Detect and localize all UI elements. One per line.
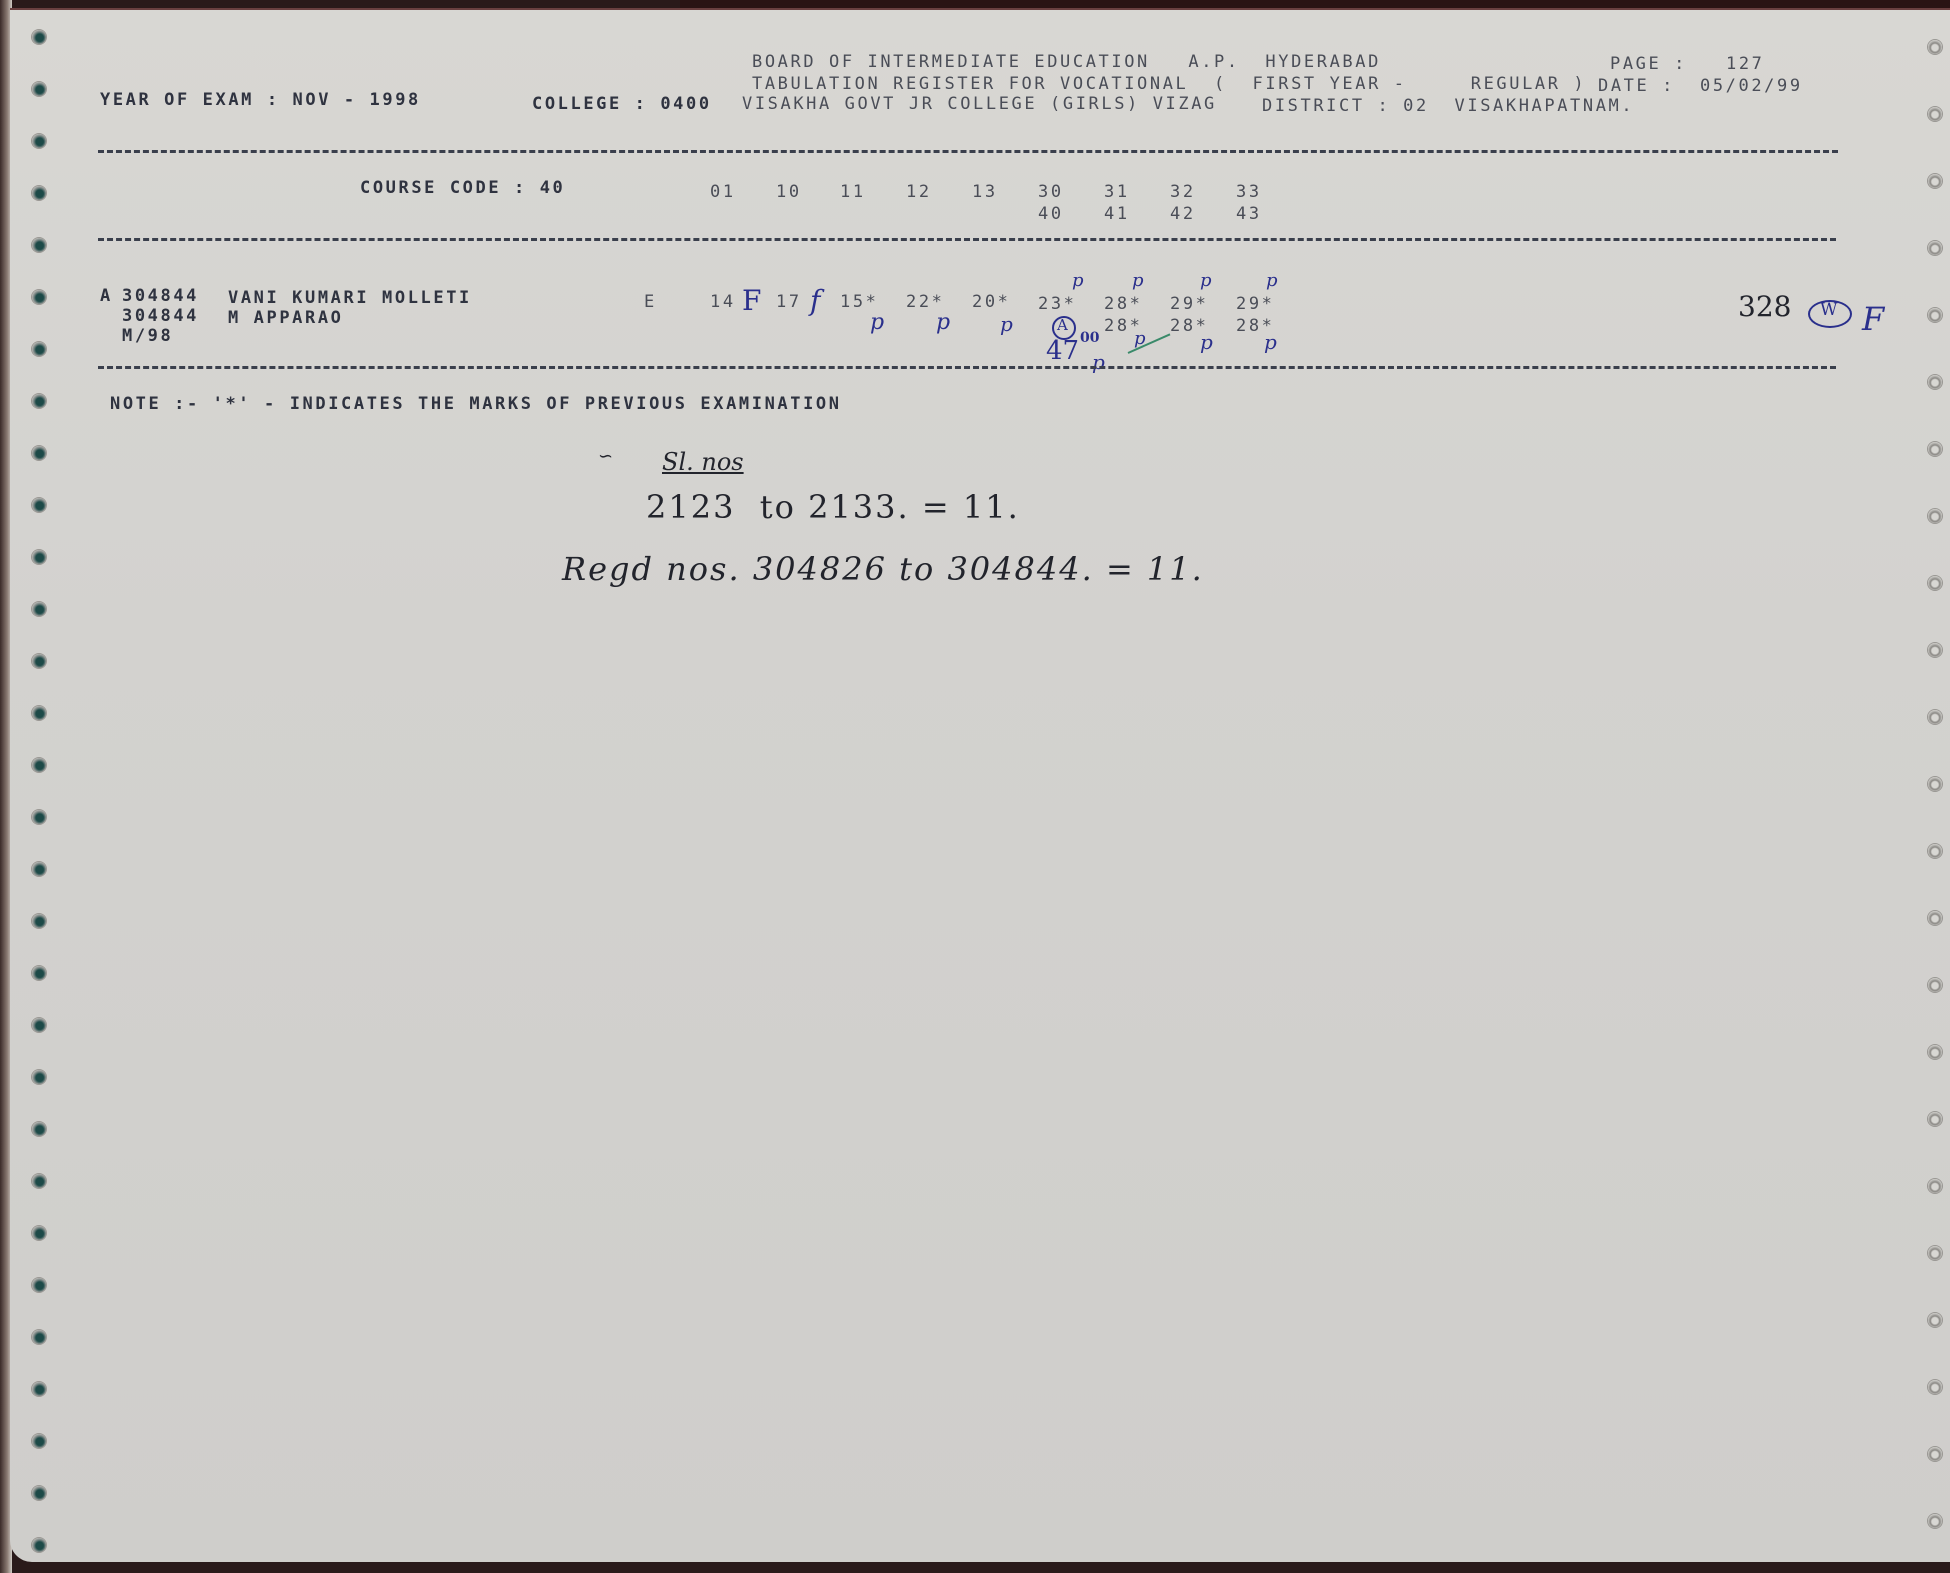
student-name: VANI KUMARI MOLLETI (228, 288, 472, 308)
punch-hole-icon (1928, 1045, 1942, 1059)
mark: 14 (710, 292, 772, 312)
punch-hole-icon (32, 1070, 46, 1084)
date-value: 05/02/99 (1700, 76, 1803, 96)
subject-code: 12 (906, 182, 968, 202)
board-title: BOARD OF INTERMEDIATE EDUCATION A.P. HYD… (752, 52, 1381, 72)
divider (98, 366, 1836, 369)
punch-hole-icon (32, 498, 46, 512)
punch-hole-icon (1928, 375, 1942, 389)
punch-hole-icon (1928, 1112, 1942, 1126)
punch-hole-icon (1928, 777, 1942, 791)
mark: 28* (1104, 294, 1166, 314)
punch-hole-icon (32, 1278, 46, 1292)
annotation-regd-range: Regd nos. 304826 to 304844. = 11. (562, 550, 1204, 588)
mark: 22* (906, 292, 968, 312)
punch-hole-icon (1928, 978, 1942, 992)
punch-hole-icon (1928, 1380, 1942, 1394)
punch-hole-icon (32, 186, 46, 200)
punch-hole-icon (1928, 509, 1942, 523)
punch-hole-icon (32, 1174, 46, 1188)
handwritten-pass-mark: p (1072, 270, 1084, 291)
punch-hole-icon (1928, 911, 1942, 925)
mark: 15* (840, 292, 902, 312)
handwritten-fail-mark: F (742, 284, 761, 317)
handwritten-pass-mark: p (1000, 312, 1013, 336)
punch-hole-icon (32, 862, 46, 876)
divider (98, 238, 1836, 241)
punch-hole-icon (32, 550, 46, 564)
mark: 29* (1170, 294, 1232, 314)
punch-hole-icon (32, 914, 46, 928)
subject-code: 13 (972, 182, 1034, 202)
college-name: VISAKHA GOVT JR COLLEGE (GIRLS) VIZAG (742, 94, 1217, 114)
punch-hole-icon (32, 394, 46, 408)
practical-mark-sup: 00 (1080, 330, 1099, 346)
punch-hole-icon (32, 1538, 46, 1552)
mark: 20* (972, 292, 1034, 312)
punch-hole-icon (32, 758, 46, 772)
reg-number: 304844 (122, 286, 199, 306)
punch-hole-icon (1928, 308, 1942, 322)
punch-hole-icon (32, 1330, 46, 1344)
handwritten-pass-mark: p (1264, 330, 1277, 354)
punch-hole-icon (32, 706, 46, 720)
punch-hole-icon (1928, 844, 1942, 858)
withheld-mark: W (1820, 300, 1837, 320)
subject-code: 42 (1170, 204, 1232, 224)
punch-hole-icon (32, 1382, 46, 1396)
handwritten-pass-mark: p (1200, 330, 1213, 354)
punch-hole-icon (32, 446, 46, 460)
page-label: PAGE : (1610, 54, 1687, 74)
absent-mark: A (1057, 316, 1068, 334)
subject-code: 01 (710, 182, 772, 202)
divider (98, 150, 1838, 153)
punch-hole-icon (1928, 442, 1942, 456)
punch-hole-icon (32, 966, 46, 980)
annotation-sl-nos: Sl. nos (662, 448, 744, 476)
subject-code: 33 (1236, 182, 1298, 202)
punch-hole-icon (32, 654, 46, 668)
punch-hole-icon (1928, 107, 1942, 121)
date-label: DATE : (1598, 76, 1675, 96)
session: M/98 (122, 326, 173, 346)
result-fail-mark: F (1862, 300, 1884, 338)
tabulation-register-page: BOARD OF INTERMEDIATE EDUCATION A.P. HYD… (10, 8, 1950, 1562)
punch-hole-icon (32, 1434, 46, 1448)
punch-hole-icon (32, 1486, 46, 1500)
subject-code: 10 (776, 182, 838, 202)
punch-hole-icon (32, 1018, 46, 1032)
punch-hole-icon (32, 1122, 46, 1136)
punch-hole-icon (1928, 1246, 1942, 1260)
punch-hole-icon (32, 290, 46, 304)
handwritten-pass-mark: p (870, 310, 884, 335)
subject-code: 41 (1104, 204, 1166, 224)
punch-hole-icon (1928, 1514, 1942, 1528)
record-prefix: A (100, 286, 113, 306)
handwritten-fail-mark: f (810, 284, 820, 317)
punch-hole-icon (32, 82, 46, 96)
reg-number-2: 304844 (122, 306, 199, 326)
punch-hole-icon (1928, 1447, 1942, 1461)
punch-hole-icon (1928, 1179, 1942, 1193)
punch-hole-icon (1928, 241, 1942, 255)
punch-hole-icon (1928, 1313, 1942, 1327)
register-title: TABULATION REGISTER FOR VOCATIONAL ( FIR… (752, 74, 1586, 94)
note: NOTE :- '*' - INDICATES THE MARKS OF PRE… (110, 394, 842, 414)
punch-hole-icon (1928, 643, 1942, 657)
punch-hole-icon (32, 602, 46, 616)
subject-code: 43 (1236, 204, 1298, 224)
scribble-icon: ∽ (598, 446, 613, 467)
punch-hole-icon (32, 30, 46, 44)
subject-code: 31 (1104, 182, 1166, 202)
punch-hole-icon (1928, 576, 1942, 590)
background-strip (680, 0, 1950, 8)
page-number: 127 (1726, 54, 1765, 74)
father-name: M APPARAO (228, 308, 344, 328)
punch-hole-icon (1928, 174, 1942, 188)
punch-hole-icon (1928, 40, 1942, 54)
annotation-serial-range: 2123 to 2133. = 11. (646, 488, 1020, 526)
practical-pass-mark: p (1092, 350, 1105, 374)
district: DISTRICT : 02 VISAKHAPATNAM. (1262, 96, 1634, 116)
subject-code: 11 (840, 182, 902, 202)
medium: E (644, 292, 657, 312)
handwritten-total: 328 (1738, 290, 1791, 323)
handwritten-pass-mark: p (1200, 270, 1212, 291)
year-of-exam: YEAR OF EXAM : NOV - 1998 (100, 90, 421, 110)
college-code: COLLEGE : 0400 (532, 94, 712, 114)
practical-mark: 47 (1046, 336, 1079, 366)
mark: 23* (1038, 294, 1100, 314)
punch-hole-icon (32, 810, 46, 824)
handwritten-pass-mark: p (1132, 270, 1144, 291)
punch-hole-icon (32, 1226, 46, 1240)
punch-hole-icon (32, 238, 46, 252)
handwritten-pass-mark: p (936, 310, 950, 335)
punch-hole-icon (32, 134, 46, 148)
subject-code: 40 (1038, 204, 1100, 224)
punch-hole-icon (1928, 710, 1942, 724)
handwritten-pass-mark: p (1266, 270, 1278, 291)
subject-code: 30 (1038, 182, 1100, 202)
course-code: COURSE CODE : 40 (360, 178, 565, 198)
mark: 29* (1236, 294, 1298, 314)
mark: 17 (776, 292, 838, 312)
punch-hole-icon (32, 342, 46, 356)
subject-code: 32 (1170, 182, 1232, 202)
